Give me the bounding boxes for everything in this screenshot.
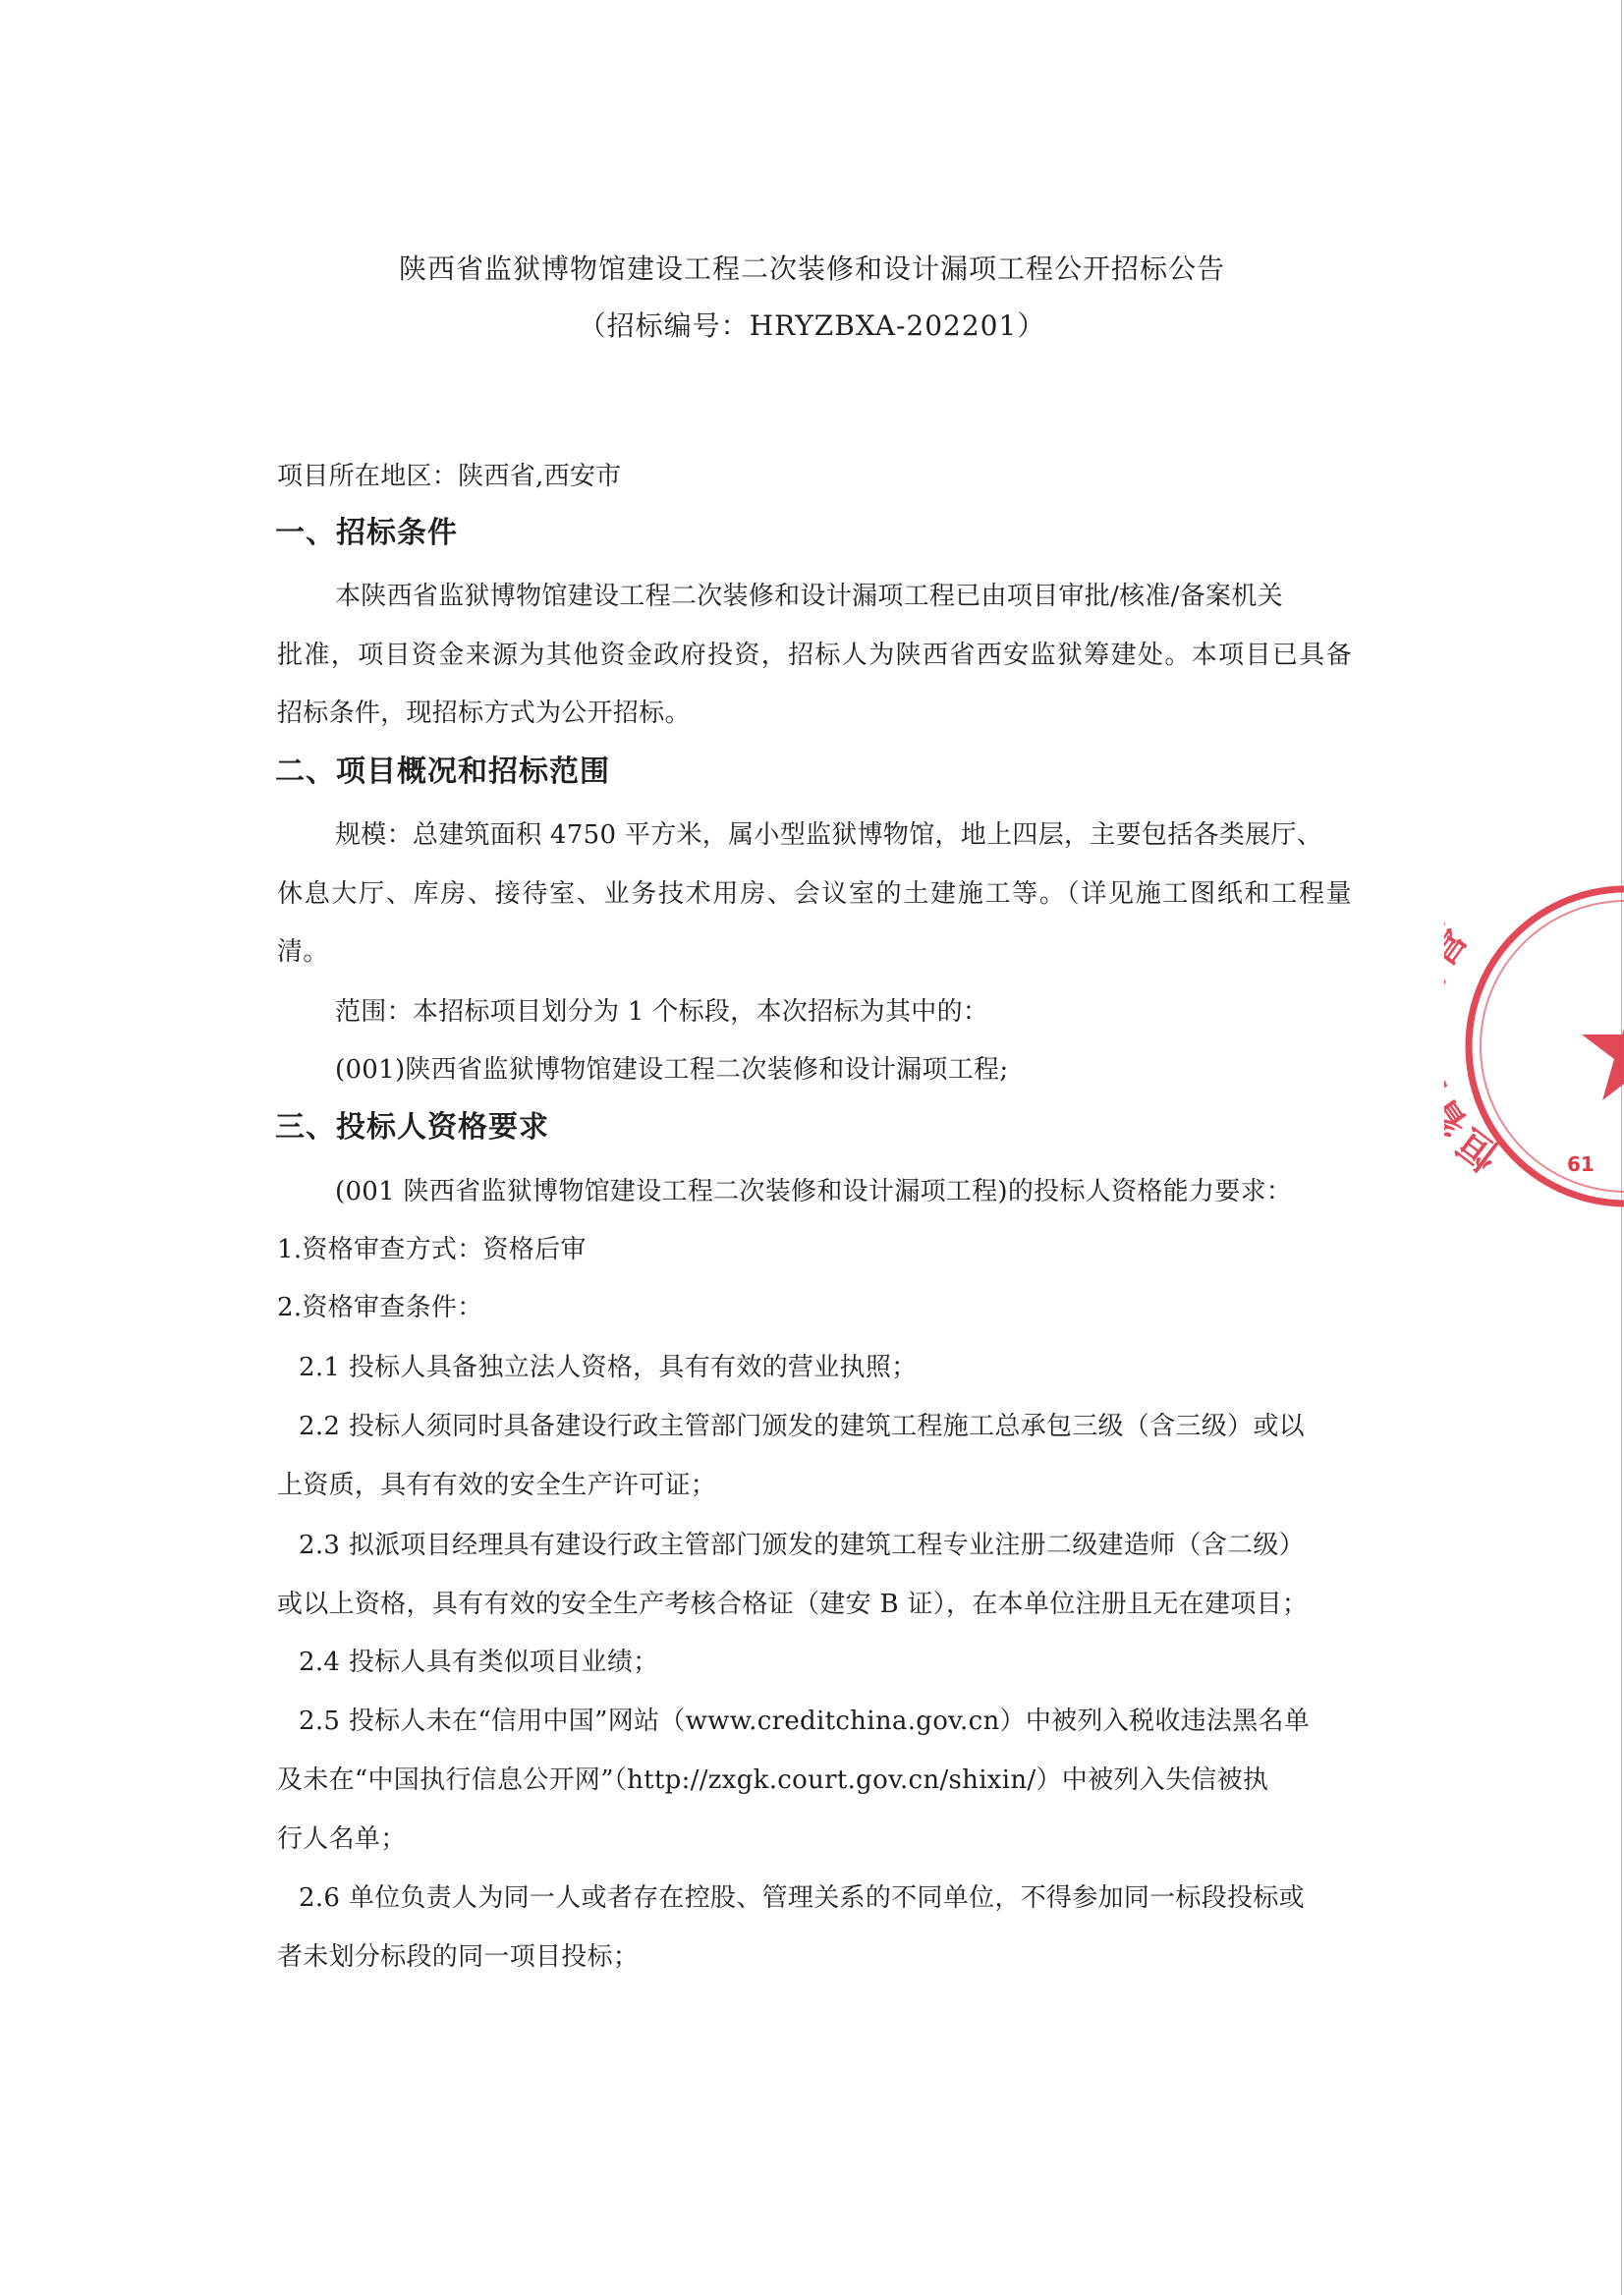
list-item: 2.5 投标人未在“信用中国”网站（www.creditchina.gov.cn… xyxy=(299,1705,1310,1738)
paragraph-line: 本陕西省监狱博物馆建设工程二次装修和设计漏项工程已由项目审批/核准/备案机关 xyxy=(335,580,1283,613)
section-heading-3: 三、投标人资格要求 xyxy=(275,1111,549,1145)
paragraph-line: 招标条件，现招标方式为公开招标。 xyxy=(277,697,691,730)
list-item: 2.资格审查条件： xyxy=(277,1291,483,1324)
document-page: 陕西省监狱博物馆建设工程二次装修和设计漏项工程公开招标公告 （招标编号：HRYZ… xyxy=(0,0,1624,2295)
star-icon xyxy=(1582,992,1624,1100)
list-item-continued: 上资质，具有有效的安全生产许可证； xyxy=(277,1469,716,1502)
list-item-continued: 及未在“中国执行信息公开网”（http://zxgk.court.gov.cn/… xyxy=(277,1763,1268,1797)
list-item: 2.3 拟派项目经理具有建设行政主管部门颁发的建筑工程专业注册二级建造师（含二级… xyxy=(299,1529,1305,1562)
paragraph-line: 范围：本招标项目划分为 1 个标段，本次招标为其中的： xyxy=(335,995,988,1029)
section-heading-2: 二、项目概况和招标范围 xyxy=(275,756,610,789)
list-item: 2.4 投标人具有类似项目业绩； xyxy=(299,1646,658,1679)
seal-digits: 61 xyxy=(1567,1152,1595,1176)
list-item-continued: 行人名单； xyxy=(277,1822,407,1856)
list-item: 2.6 单位负责人为同一人或者存在控股、管理关系的不同单位，不得参加同一标段投标… xyxy=(299,1881,1305,1915)
list-item-continued: 或以上资格，具有有效的安全生产考核合格证（建安 B 证），在本单位注册且无在建项… xyxy=(277,1588,1308,1621)
paragraph-line: 批准，项目资金来源为其他资金政府投资，招标人为陕西省西安监狱筹建处。本项目已具备 xyxy=(277,639,1352,672)
list-item-continued: 者未划分标段的同一项目投标； xyxy=(277,1940,639,1974)
section-heading-1: 一、招标条件 xyxy=(275,517,458,550)
document-subtitle: （招标编号：HRYZBXA-202201） xyxy=(0,309,1624,343)
document-title: 陕西省监狱博物馆建设工程二次装修和设计漏项工程公开招标公告 xyxy=(0,252,1624,286)
list-item: 2.1 投标人具备独立法人资格，具有有效的营业执照； xyxy=(299,1351,917,1384)
project-region: 项目所在地区：陕西省,西安市 xyxy=(277,460,621,493)
paragraph-line: 清。 xyxy=(277,935,329,969)
list-item: 2.2 投标人须同时具备建设行政主管部门颁发的建筑工程施工总承包三级（含三级）或… xyxy=(299,1410,1305,1443)
paragraph-line: 规模：总建筑面积 4750 平方米，属小型监狱博物馆，地上四层，主要包括各类展厅… xyxy=(335,818,1322,852)
list-item: 1.资格审查方式：资格后审 xyxy=(277,1233,587,1266)
paragraph-line: (001 陕西省监狱博物馆建设工程二次装修和设计漏项工程)的投标人资格能力要求： xyxy=(335,1175,1292,1208)
company-seal: 恒睿源项目管 61 xyxy=(1444,884,1624,1208)
paragraph-line: (001)陕西省监狱博物馆建设工程二次装修和设计漏项工程; xyxy=(335,1053,1008,1087)
paragraph-line: 休息大厅、库房、接待室、业务技术用房、会议室的土建施工等。（详见施工图纸和工程量 xyxy=(277,877,1352,911)
